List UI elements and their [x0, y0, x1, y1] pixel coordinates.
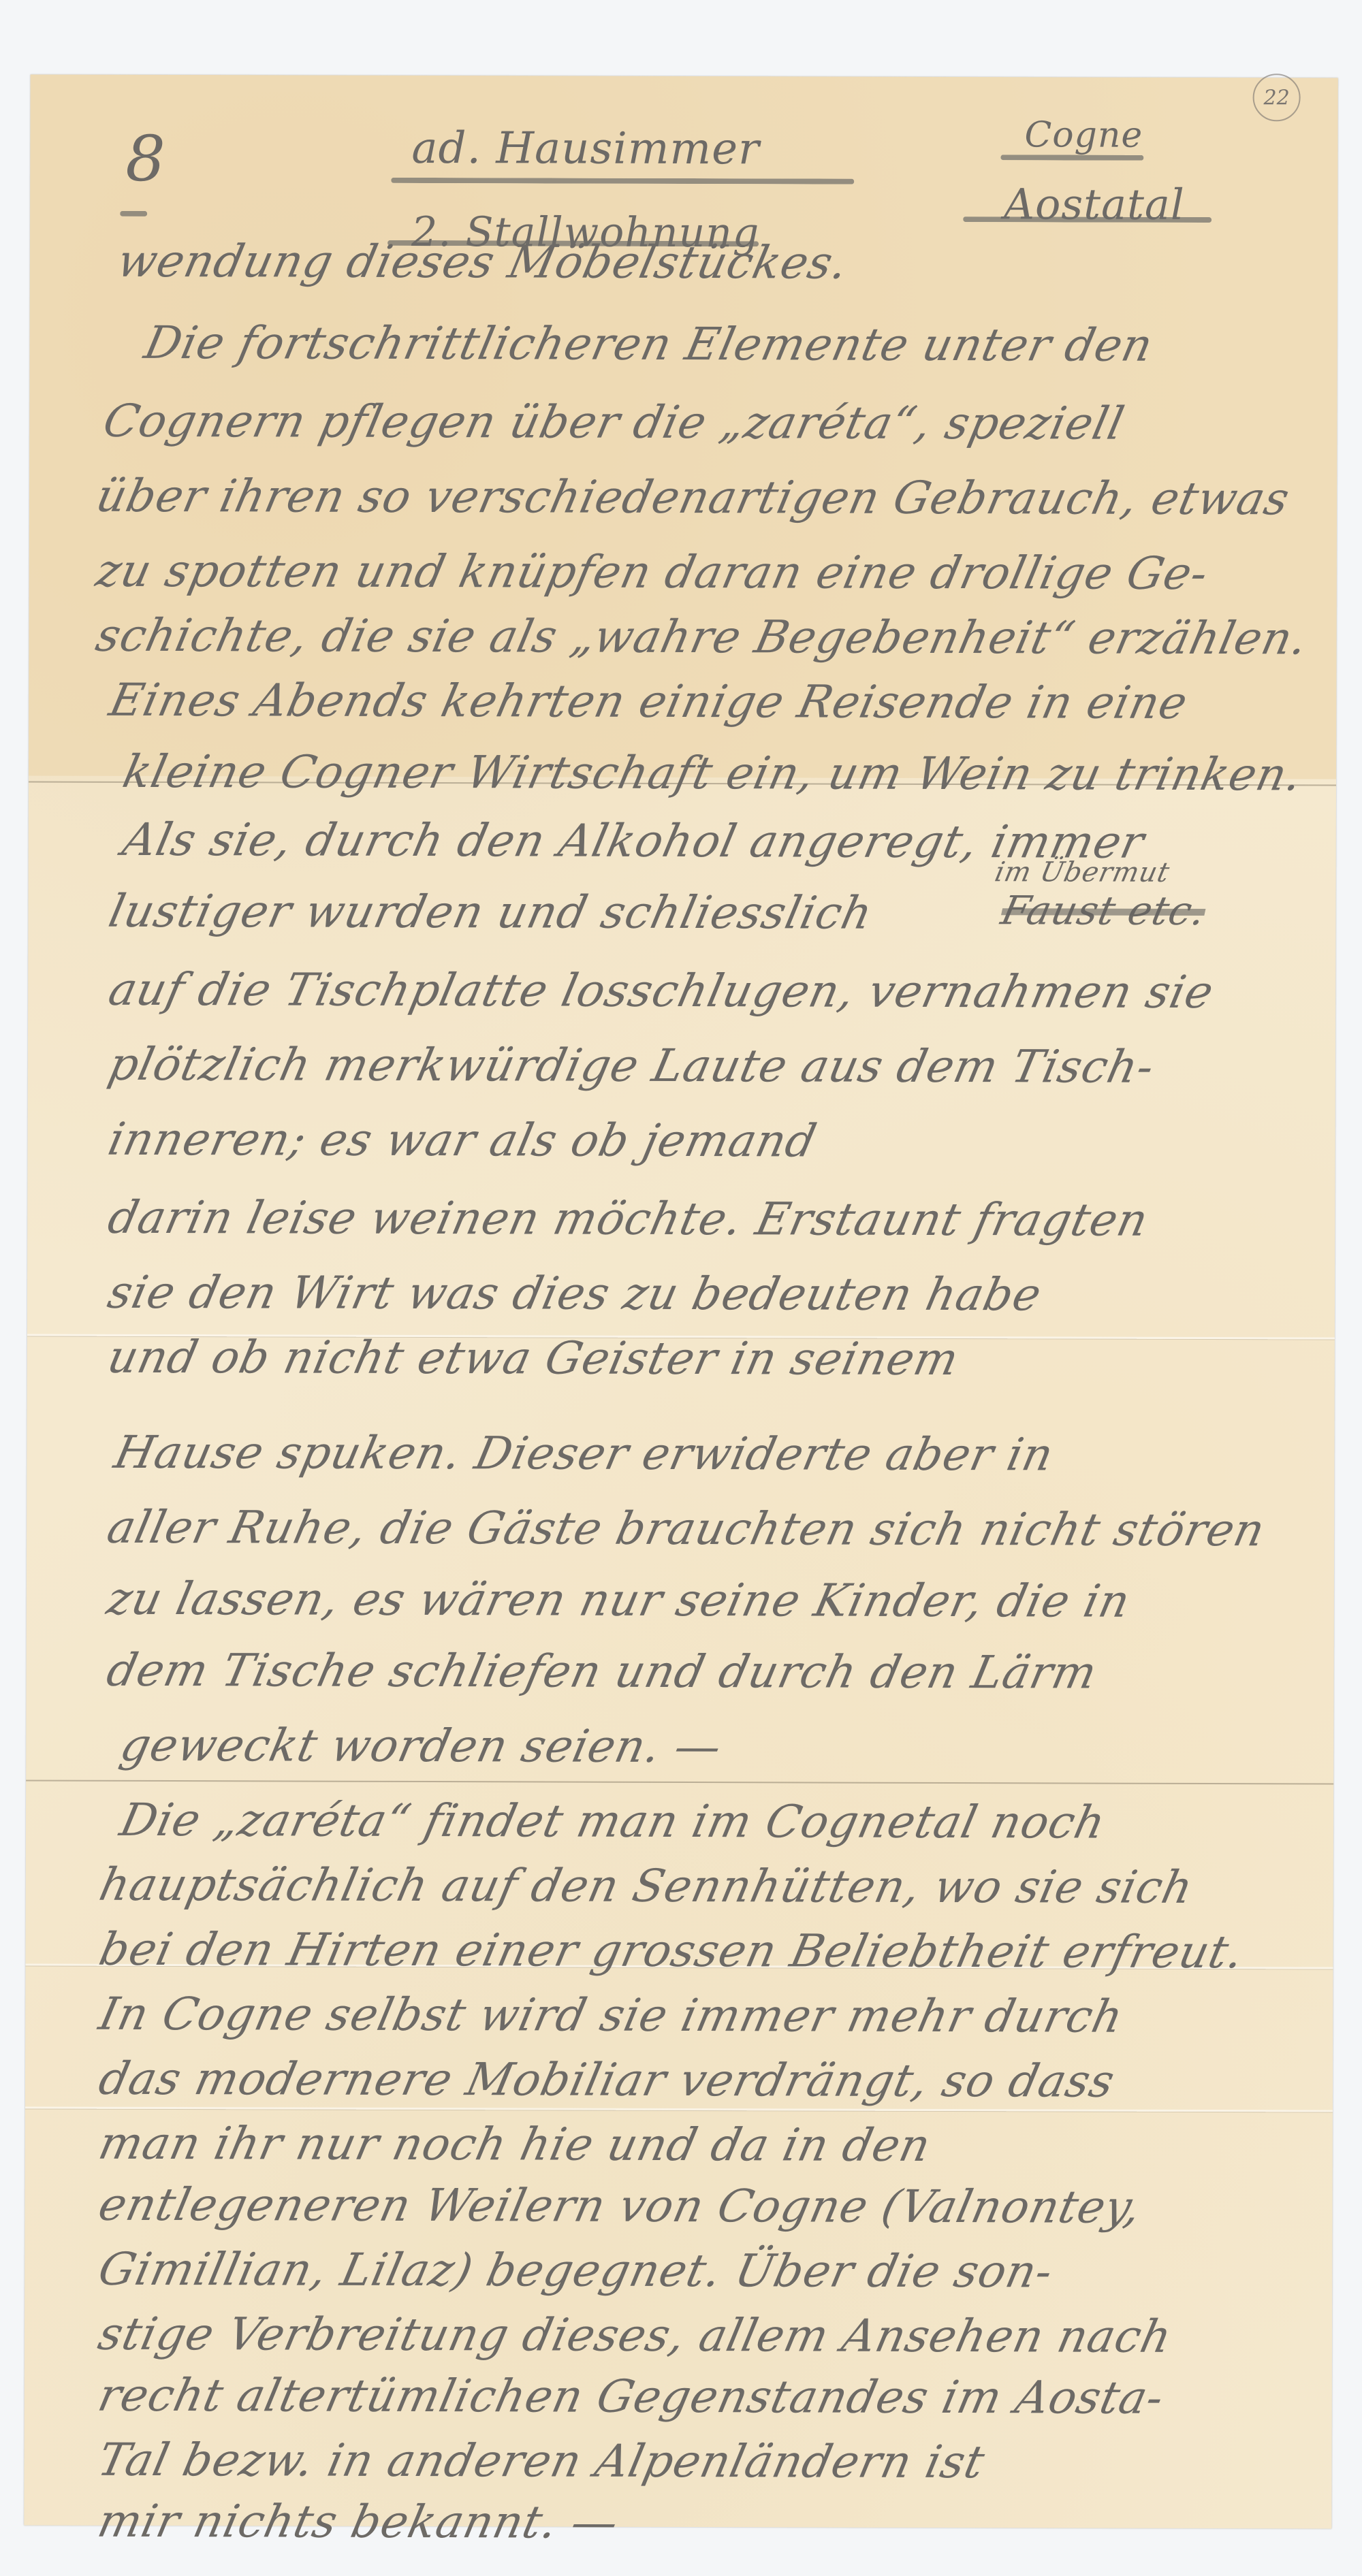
archive-number-stamp: 22	[1253, 74, 1301, 121]
header-place-line-1: Cogne	[1024, 114, 1143, 155]
manuscript-line: auf die Tischplatte losschlugen, vernahm…	[104, 963, 1218, 1018]
manuscript-line: recht altertümlichen Gegenstandes im Aos…	[94, 2369, 1169, 2424]
manuscript-line: zu spotten und knüpfen daran eine drolli…	[92, 545, 1214, 600]
manuscript-line: aller Ruhe, die Gäste brauchten sich nic…	[103, 1501, 1270, 1556]
manuscript-line: dem Tische schliefen und durch den Lärm	[102, 1644, 1102, 1699]
paper-fold	[25, 2106, 1333, 2112]
place-underline-2	[963, 216, 1211, 223]
manuscript-line: stige Verbreitung dieses, allem Ansehen …	[94, 2308, 1177, 2363]
manuscript-line: über ihren so verschiedenartigen Gebrauc…	[92, 470, 1295, 526]
manuscript-line: Eines Abends kehrten einige Reisende in …	[105, 674, 1192, 729]
manuscript-line: und ob nicht etwa Geister in seinem	[104, 1331, 964, 1385]
manuscript-line: das modernere Mobiliar verdrängt, so das…	[95, 2052, 1120, 2108]
manuscript-line: In Cogne selbst wird sie immer mehr durc…	[95, 1988, 1128, 2043]
manuscript-line: Die „zaréta“ findet man im Cognetal noch	[116, 1794, 1111, 1849]
manuscript-line: Gimillian, Lilaz) begegnet. Über die son…	[94, 2243, 1058, 2298]
manuscript-line: Cognern pflegen über die „zaréta“, spezi…	[99, 395, 1129, 450]
page-number-underline	[120, 211, 147, 216]
manuscript-line: inneren; es war als ob jemand	[104, 1113, 821, 1168]
manuscript-line: Hause spuken. Dieser erwiderte aber in	[110, 1426, 1058, 1481]
manuscript-line: Als sie, durch den Alkohol angeregt, imm…	[118, 814, 1149, 869]
manuscript-line: mir nichts bekannt. —	[93, 2495, 623, 2549]
manuscript-line: sie den Wirt was dies zu bedeuten habe	[104, 1266, 1047, 1321]
header-title-line-1: ad. Hausimmer	[411, 123, 759, 174]
manuscript-insertion: im Übermut	[992, 856, 1173, 888]
manuscript-line: hauptsächlich auf den Sennhütten, wo sie…	[95, 1858, 1198, 1914]
paper-seam	[26, 1780, 1333, 1784]
manuscript-line: darin leise weinen möchte. Erstaunt frag…	[104, 1191, 1153, 1246]
manuscript-line: wendung dieses Möbelstückes.	[113, 235, 853, 289]
manuscript-line: schichte, die sie als „wahre Begebenheit…	[91, 609, 1312, 665]
place-underline-1	[1000, 155, 1143, 161]
manuscript-line: Die fortschrittlicheren Elemente unter d…	[140, 317, 1158, 372]
manuscript-line: zu lassen, es wären nur seine Kinder, di…	[103, 1573, 1135, 1628]
manuscript-line: lustiger wurden und schliesslich	[104, 885, 877, 939]
manuscript-line: Tal bezw. in anderen Alpenländern ist	[93, 2434, 989, 2488]
manuscript-page: 8 ad. Hausimmer 2. Stallwohnung Cogne Ao…	[24, 74, 1337, 2528]
manuscript-line: kleine Cogner Wirtschaft ein, um Wein zu…	[118, 745, 1308, 801]
manuscript-line: man ihr nur noch hie und da in den	[94, 2117, 935, 2172]
page-number: 8	[125, 123, 166, 195]
manuscript-line: plötzlich merkwürdige Laute aus dem Tisc…	[104, 1038, 1160, 1093]
manuscript-line: geweckt worden seien. —	[116, 1719, 727, 1773]
archive-number: 22	[1263, 86, 1289, 110]
manuscript-line: entlegeneren Weilern von Cogne (Valnonte…	[94, 2178, 1146, 2234]
manuscript-line: bei den Hirten einer grossen Beliebtheit…	[95, 1923, 1249, 1978]
struck-out-text: Faust etc.	[997, 887, 1210, 934]
